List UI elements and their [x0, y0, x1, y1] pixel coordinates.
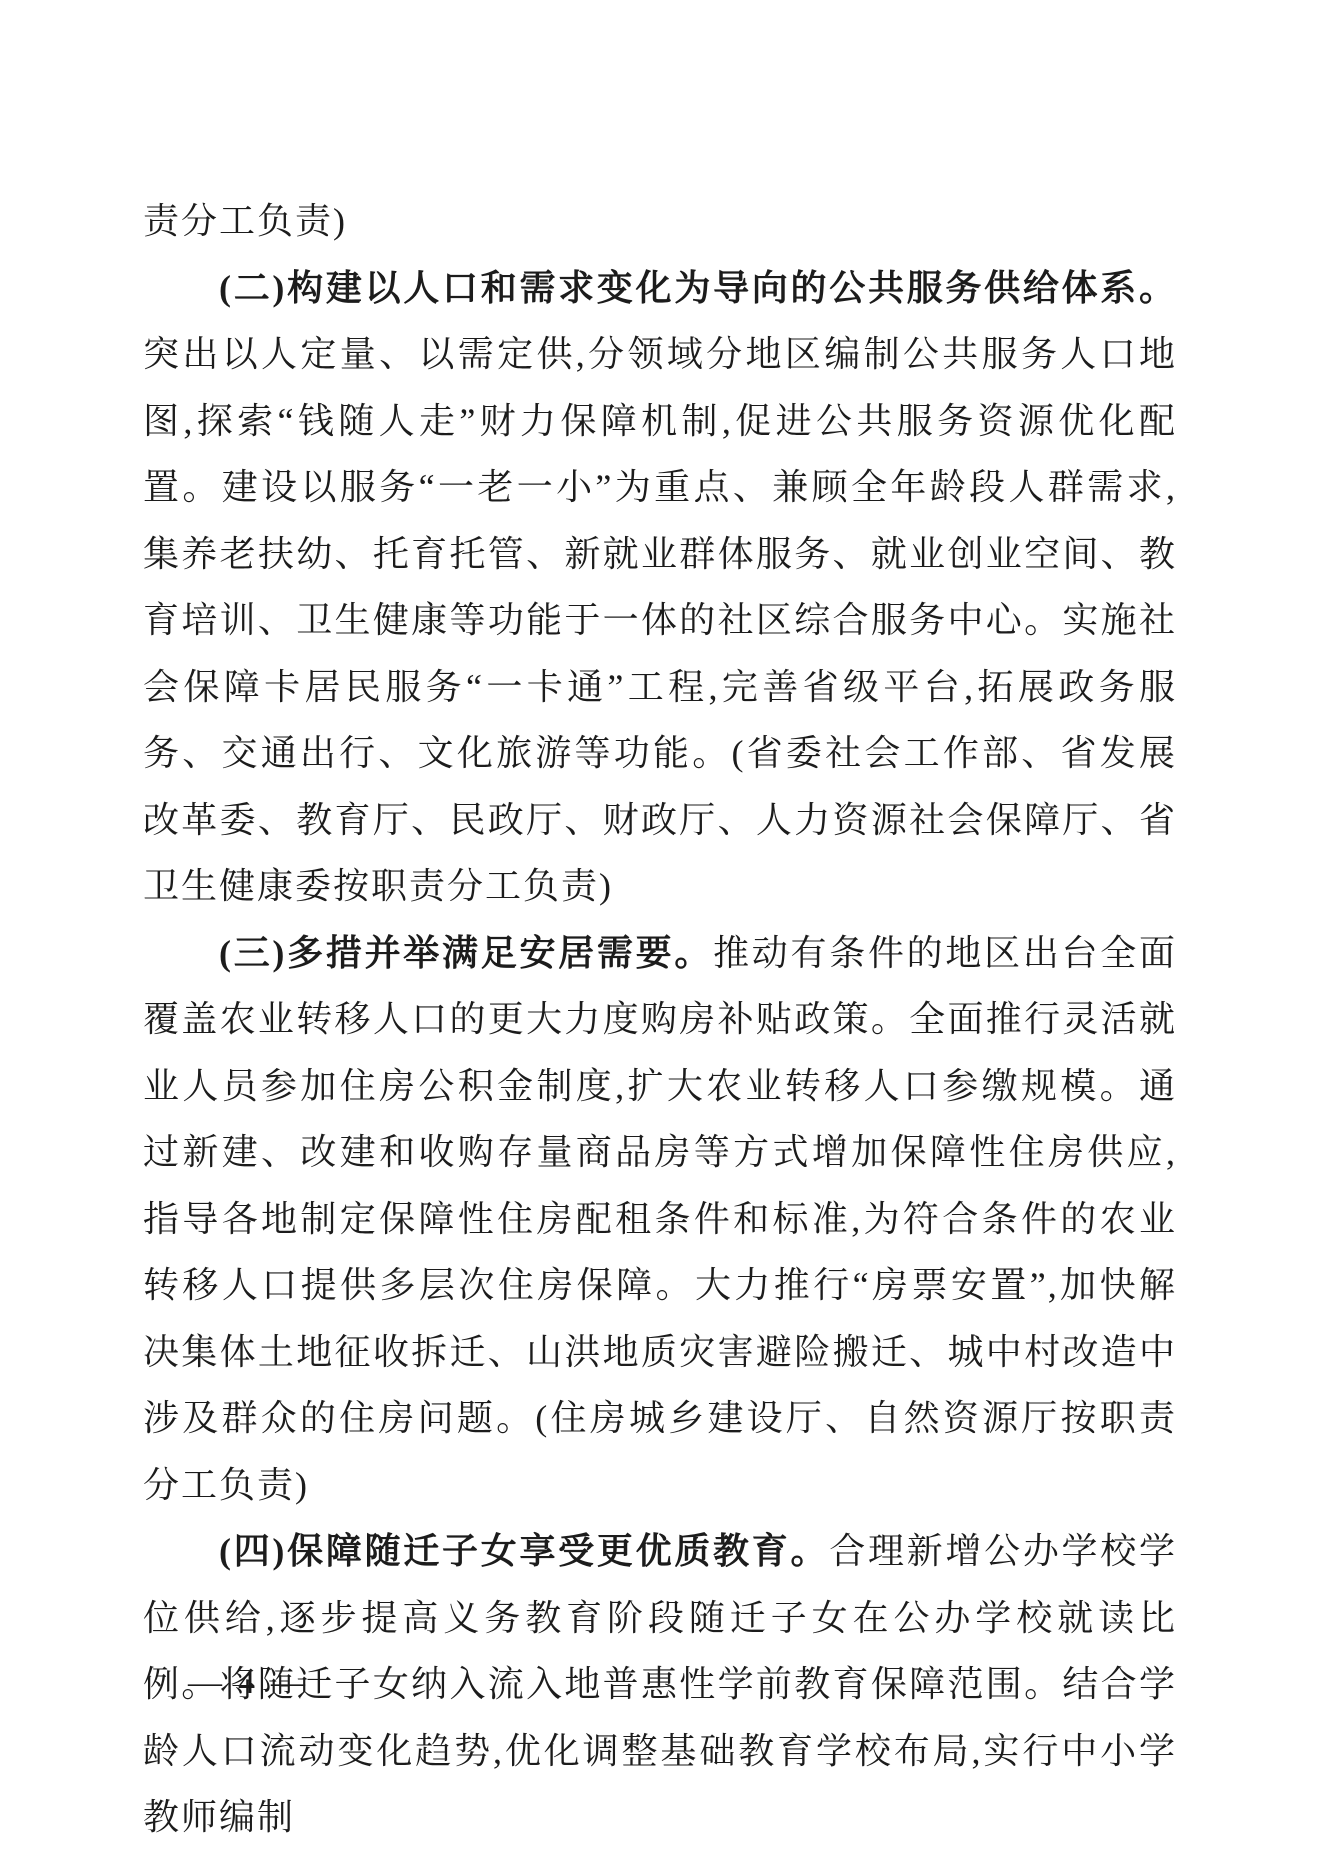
continuation-line: 责分工负责) — [143, 188, 1177, 255]
page-footer: —4— — [182, 1664, 311, 1702]
section-3-body: 推动有条件的地区出台全面覆盖农业转移人口的更大力度购房补贴政策。全面推行灵活就业… — [143, 933, 1177, 1505]
footer-dash-right: — — [265, 1664, 311, 1701]
section-4-heading: (四)保障随迁子女享受更优质教育。 — [219, 1531, 829, 1571]
footer-dash-left: — — [182, 1664, 228, 1701]
page-number: 4 — [228, 1664, 265, 1701]
document-text-block: 责分工负责) (二)构建以人口和需求变化为导向的公共服务供给体系。突出以人定量、… — [143, 188, 1177, 1851]
document-page: 责分工负责) (二)构建以人口和需求变化为导向的公共服务供给体系。突出以人定量、… — [0, 0, 1323, 1871]
section-3-heading: (三)多措并举满足安居需要。 — [219, 933, 713, 973]
paragraph-section-2: (二)构建以人口和需求变化为导向的公共服务供给体系。突出以人定量、以需定供,分领… — [143, 255, 1177, 920]
continuation-text: 责分工负责) — [143, 201, 347, 241]
paragraph-section-3: (三)多措并举满足安居需要。推动有条件的地区出台全面覆盖农业转移人口的更大力度购… — [143, 920, 1177, 1519]
section-2-body: 突出以人定量、以需定供,分领域分地区编制公共服务人口地图,探索“钱随人走”财力保… — [143, 334, 1177, 906]
section-2-heading: (二)构建以人口和需求变化为导向的公共服务供给体系。 — [219, 268, 1177, 308]
